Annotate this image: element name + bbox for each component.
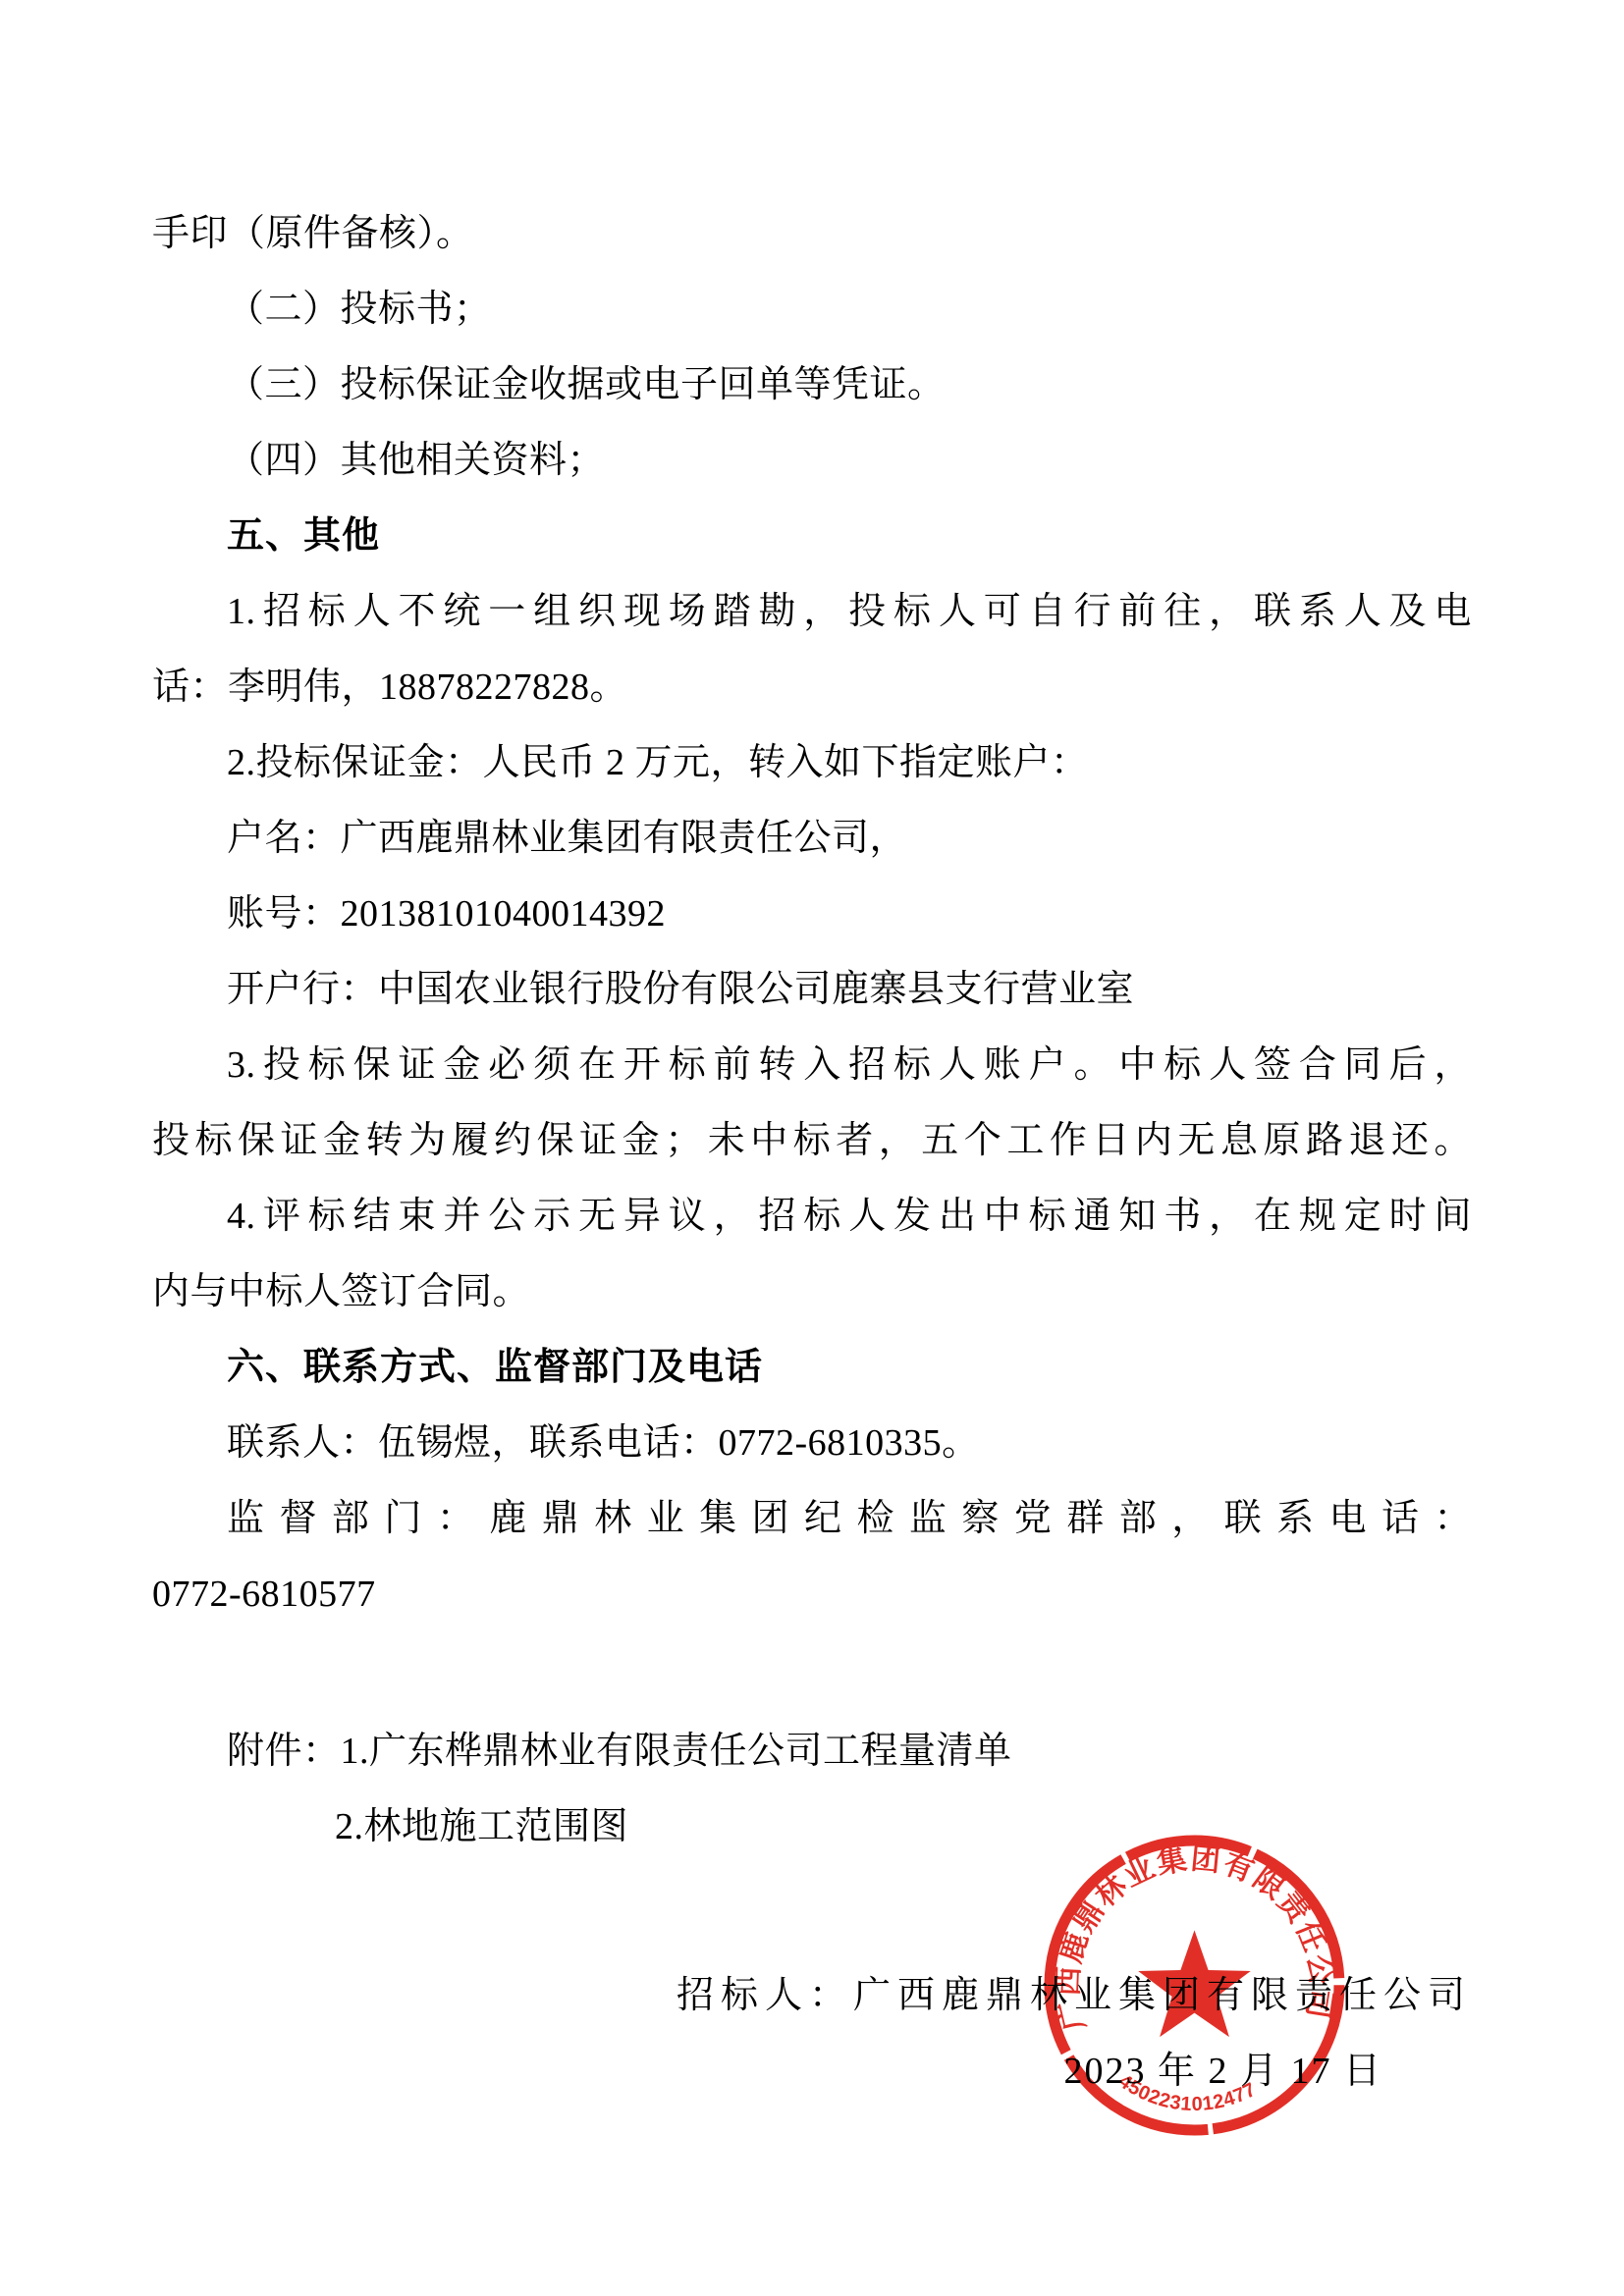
line-fingerprint-note: 手印（原件备核）。 [152,196,1472,272]
line-deposit-rule-1: 3.投标保证金必须在开标前转入招标人账户。中标人签合同后， [152,1028,1472,1103]
line-site-visit-2: 话：李明伟，18878227828。 [152,650,1472,725]
line-award-notice-2: 内与中标人签订合同。 [152,1255,1472,1330]
company-seal: 广西鹿鼎林业集团有限责任公司 4502231012477 [1041,1832,1348,2139]
line-award-notice-1: 4.评标结束并公示无异议，招标人发出中标通知书，在规定时间 [152,1179,1472,1255]
seal-serial-number: 4502231012477 [1114,2070,1260,2115]
line-account-name: 户名：广西鹿鼎林业集团有限责任公司， [152,801,1472,877]
line-contact-person: 联系人：伍锡煜，联系电话：0772-6810335。 [152,1406,1472,1481]
line-item-3-deposit-receipt: （三）投标保证金收据或电子回单等凭证。 [152,347,1472,423]
document-body: 手印（原件备核）。 （二）投标书； （三）投标保证金收据或电子回单等凭证。 （四… [152,196,1472,2109]
line-supervision-dept: 监督部门：鹿鼎林业集团纪检监察党群部，联系电话： [152,1481,1472,1557]
heading-section-5-other: 五、其他 [152,499,1472,574]
line-supervision-phone: 0772-6810577 [152,1557,1472,1632]
line-deposit-amount: 2.投标保证金：人民币 2 万元，转入如下指定账户： [152,725,1472,801]
star-icon [1138,1930,1251,2037]
line-account-number: 账号：20138101040014392 [152,877,1472,952]
line-deposit-rule-2: 投标保证金转为履约保证金；未中标者，五个工作日内无息原路退还。 [152,1103,1472,1179]
blank-line [152,1632,1472,1708]
document-page: 手印（原件备核）。 （二）投标书； （三）投标保证金收据或电子回单等凭证。 （四… [0,0,1624,2296]
line-site-visit-1: 1.招标人不统一组织现场踏勘，投标人可自行前往，联系人及电 [152,574,1472,650]
line-item-2-bid-letter: （二）投标书； [152,272,1472,347]
heading-section-6-contact: 六、联系方式、监督部门及电话 [152,1330,1472,1406]
line-bank-name: 开户行：中国农业银行股份有限公司鹿寨县支行营业室 [152,952,1472,1028]
line-item-4-other-materials: （四）其他相关资料； [152,423,1472,499]
line-attachment-1: 附件：1.广东桦鼎林业有限责任公司工程量清单 [152,1714,1472,1789]
